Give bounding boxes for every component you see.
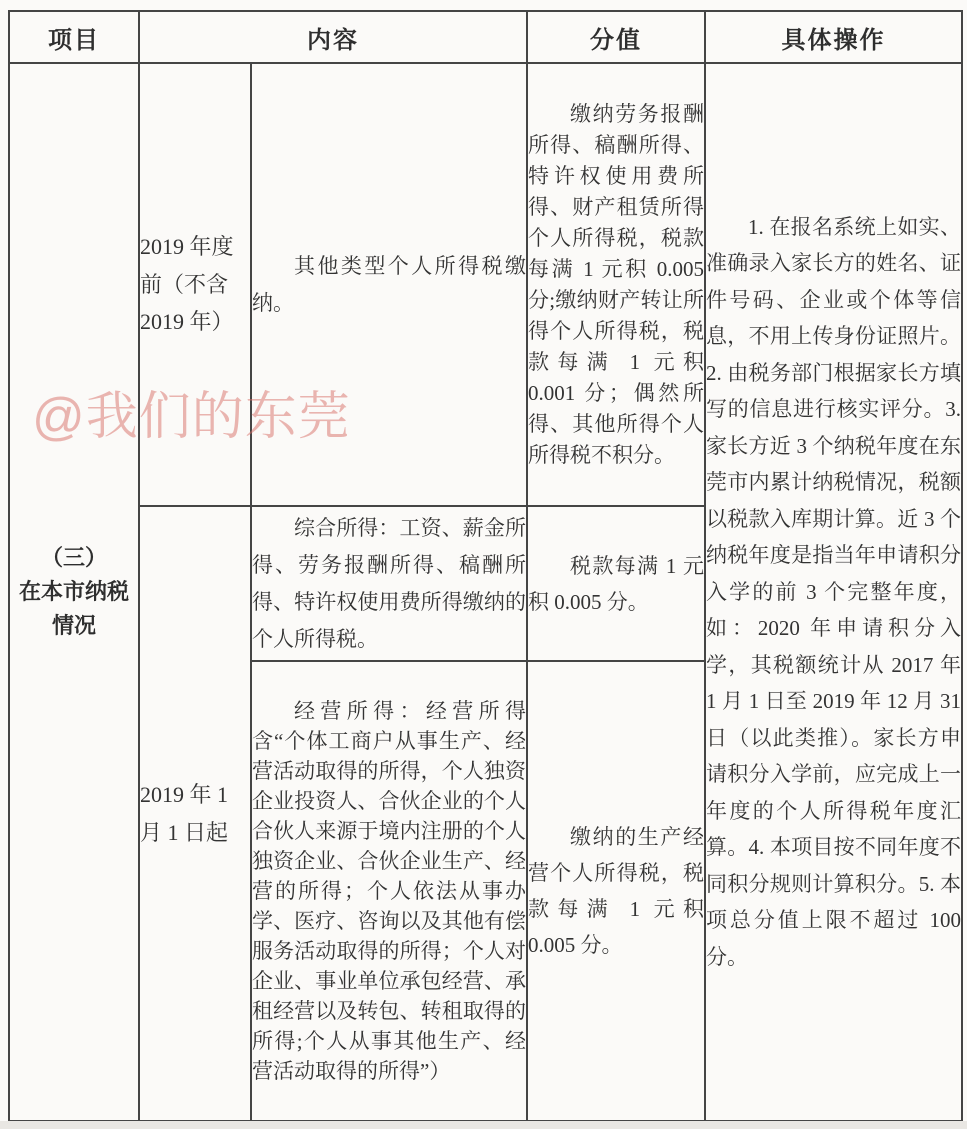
column-header-operation: 具体操作 (705, 11, 962, 63)
cell-score-business-income: 缴纳的生产经营个人所得税，税款每满 1 元积 0.005 分。 (527, 661, 705, 1121)
scan-edge-shading (0, 1121, 967, 1129)
cell-score-comprehensive-income: 税款每满 1 元积 0.005 分。 (527, 506, 705, 661)
column-header-item: 项目 (9, 11, 139, 63)
row-before-2019: （三） 在本市纳税 情况 2019 年度 前（不含 2019 年） 其他类型个人… (9, 63, 962, 506)
cell-operation-notes: 1. 在报名系统上如实、准确录入家长方的姓名、证件号码、企业或个体等信息，不用上… (705, 63, 962, 1121)
cell-score-before-2019: 缴纳劳务报酬所得、稿酬所得、特许权使用费所得、财产租赁所得个人所得税，税款每满 … (527, 63, 705, 506)
cell-desc-business-income: 经营所得：经营所得含“个体工商户从事生产、经营活动取得的所得，个人独资企业投资人… (251, 661, 527, 1121)
cell-period-before-2019: 2019 年度 前（不含 2019 年） (139, 63, 251, 506)
cell-item-category: （三） 在本市纳税 情况 (9, 63, 139, 1121)
column-header-content: 内容 (139, 11, 527, 63)
tax-score-rules-table: 项目 内容 分值 具体操作 （三） 在本市纳税 情况 2019 年度 前（不含 … (8, 10, 963, 1122)
header-row: 项目 内容 分值 具体操作 (9, 11, 962, 63)
column-header-score: 分值 (527, 11, 705, 63)
cell-period-from-2019: 2019 年 1 月 1 日起 (139, 506, 251, 1121)
cell-desc-comprehensive-income: 综合所得：工资、薪金所得、劳务报酬所得、稿酬所得、特许权使用费所得缴纳的个人所得… (251, 506, 527, 661)
cell-desc-other-tax-types: 其他类型个人所得税缴纳。 (251, 63, 527, 506)
